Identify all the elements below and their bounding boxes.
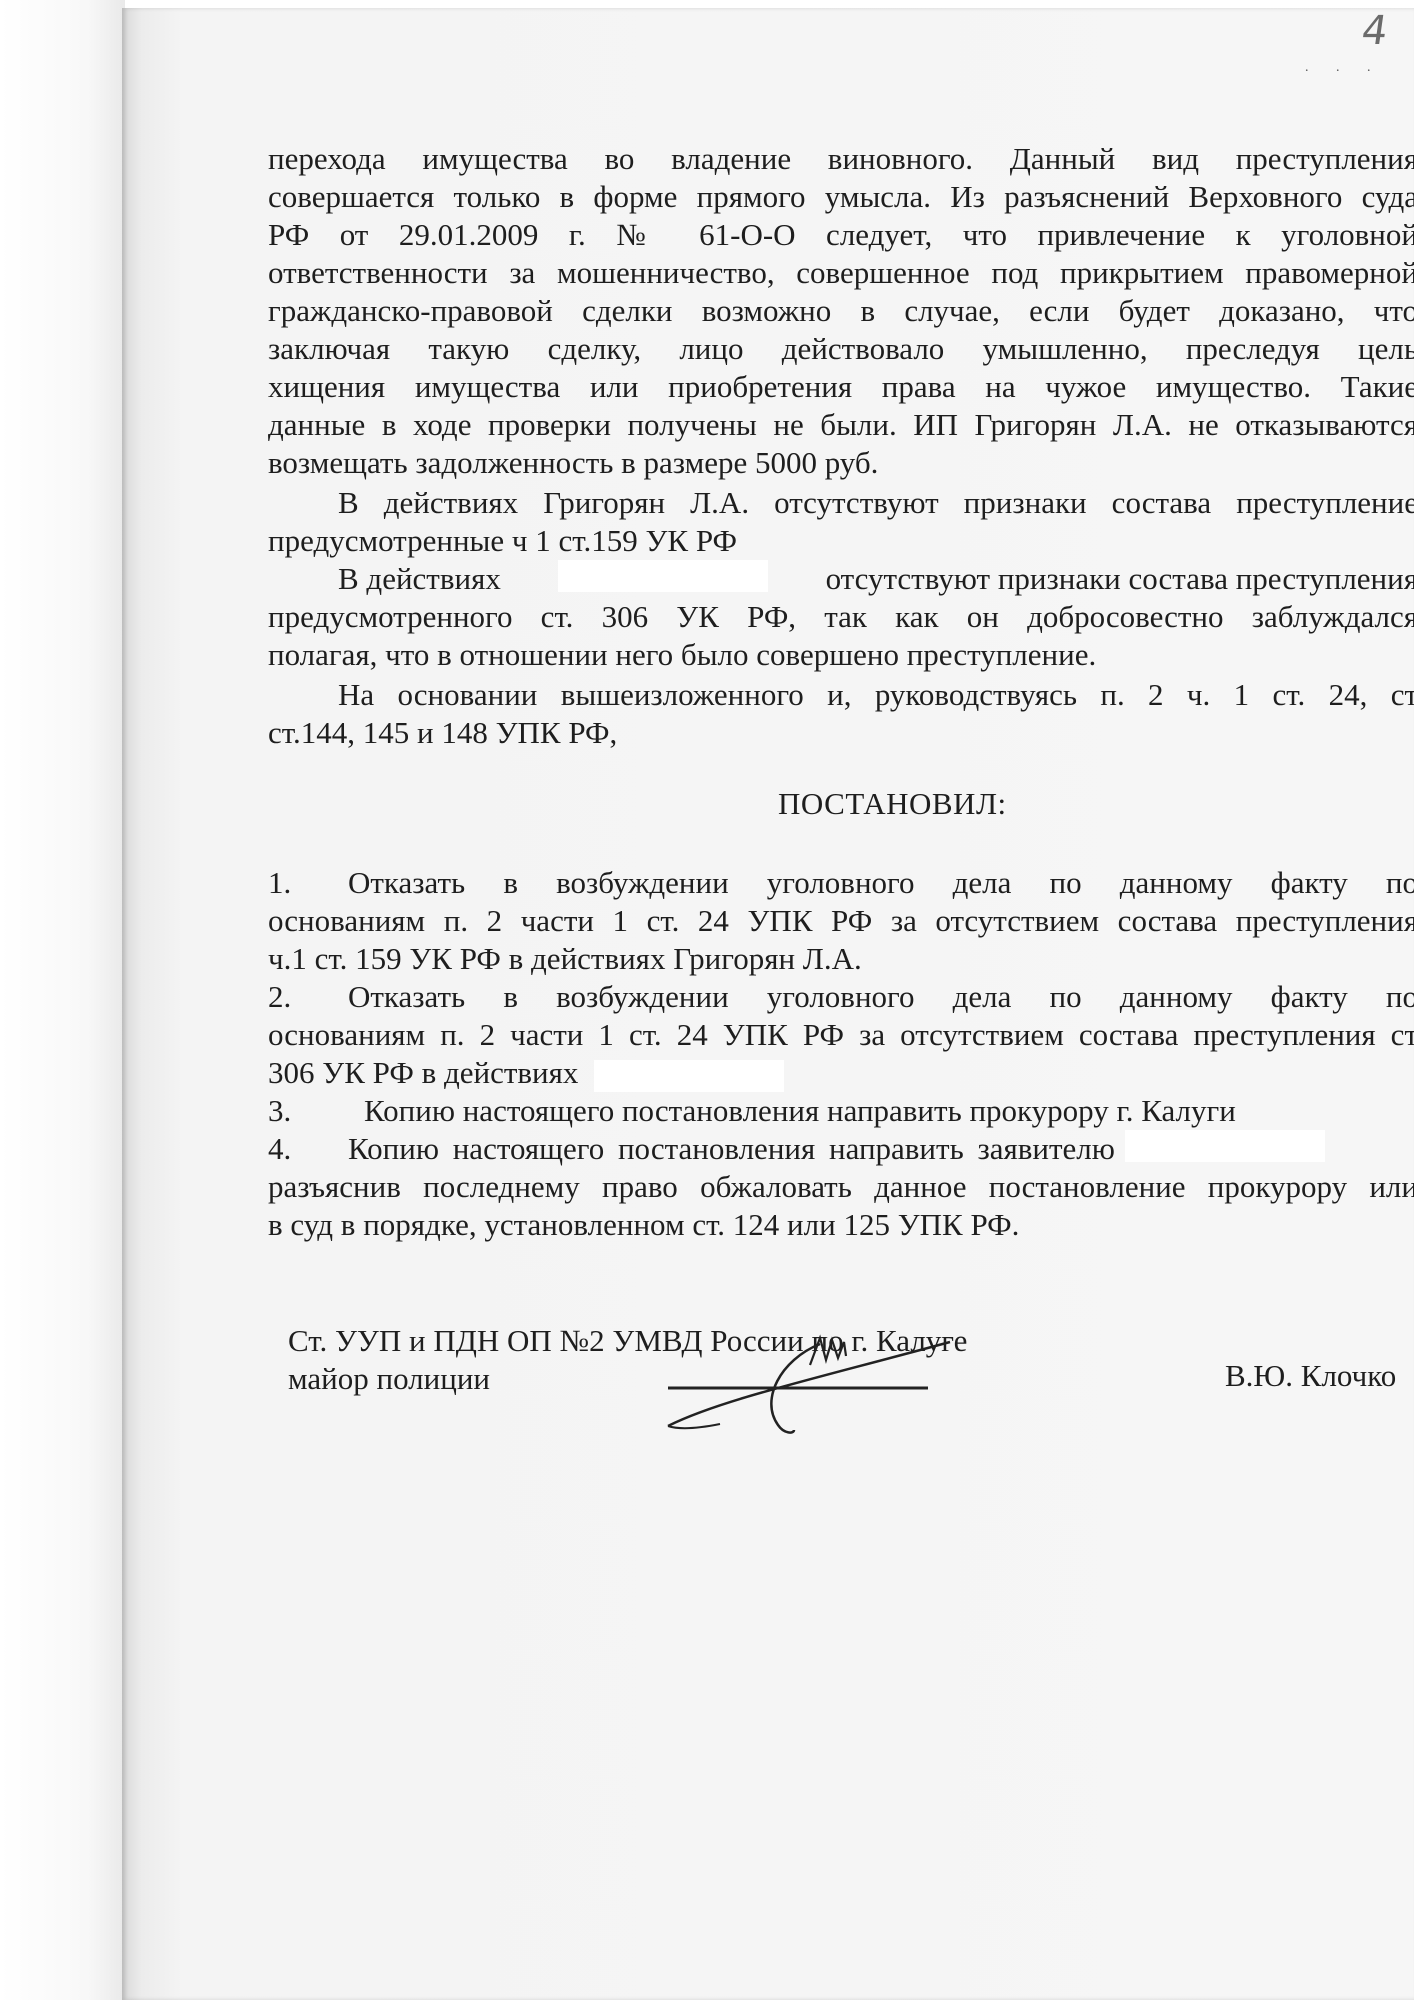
text-line: ч.1 ст. 159 УК РФ в действиях Григорян Л… [268,940,1414,978]
text-line: основаниям п. 2 части 1 ст. 24 УПК РФ за… [268,1016,1414,1054]
text-line: В действиях отсутствуют признаки состава… [268,560,1414,598]
text-line: хищения имущества или приобретения права… [268,368,1414,406]
handwritten-signature-icon [660,1330,960,1440]
resolution-item-1: 1. Отказать в возбуждении уголовного дел… [268,864,1414,978]
scan-left-margin [0,0,125,2000]
text-fragment: Копию настоящего постановления направить… [348,1130,1115,1168]
text-line: совершается только в форме прямого умысл… [268,178,1414,216]
text-line: 2. Отказать в возбуждении уголовного дел… [268,978,1414,1016]
item-number: 1. [268,864,348,902]
paragraph-fraud-explanation: перехода имущества во владение виновного… [268,140,1414,482]
text-fragment: Отказать в возбуждении уголовного дела п… [348,864,1414,902]
text-fragment: Отказать в возбуждении уголовного дела п… [348,978,1414,1016]
text-line: перехода имущества во владение виновного… [268,140,1414,178]
page-marks: . . . [1305,60,1383,76]
text-line: гражданско-правовой сделки возможно в сл… [268,292,1414,330]
resolution-item-3: 3. Копию настоящего постановления направ… [268,1092,1414,1130]
text-line: В действиях Григорян Л.А. отсутствуют пр… [268,484,1414,522]
text-line: основаниям п. 2 части 1 ст. 24 УПК РФ за… [268,902,1414,940]
item-number: 3. [268,1092,364,1130]
text-fragment: 306 УК РФ в действиях [268,1055,578,1090]
paragraph-grigoryan-conclusion: В действиях Григорян Л.А. отсутствуют пр… [268,484,1414,560]
text-fragment: В действиях [338,560,501,598]
resolution-heading: ПОСТАНОВИЛ: [778,786,1007,822]
redacted-name [594,1060,784,1092]
text-line: данные в ходе проверки получены не были.… [268,406,1414,444]
officer-name: В.Ю. Клочко [1225,1358,1396,1394]
text-line: разъяснив последнему право обжаловать да… [268,1168,1414,1206]
redacted-name [1125,1130,1325,1162]
resolution-item-2: 2. Отказать в возбуждении уголовного дел… [268,978,1414,1092]
text-line: полагая, что в отношении него было совер… [268,636,1414,674]
text-line: предусмотренные ч 1 ст.159 УК РФ [268,522,1414,560]
text-line: ответственности за мошенничество, соверш… [268,254,1414,292]
text-line: РФ от 29.01.2009 г. № 61-О-О следует, чт… [268,216,1414,254]
paragraph-legal-basis: На основании вышеизложенного и, руководс… [268,676,1414,752]
text-line: 1. Отказать в возбуждении уголовного дел… [268,864,1414,902]
text-line: ст.144, 145 и 148 УПК РФ, [268,714,1414,752]
item-number: 4. [268,1130,348,1168]
text-line: предусмотренного ст. 306 УК РФ, так как … [268,598,1414,636]
text-line: возмещать задолженность в размере 5000 р… [268,444,1414,482]
redacted-name [558,560,768,592]
text-line: На основании вышеизложенного и, руководс… [268,676,1414,714]
text-line: 3. Копию настоящего постановления направ… [268,1092,1414,1130]
text-fragment: Копию настоящего постановления направить… [364,1092,1236,1130]
text-line: 4. Копию настоящего постановления направ… [268,1130,1414,1168]
paragraph-applicant-conclusion: В действиях отсутствуют признаки состава… [268,560,1414,674]
text-line: в суд в порядке, установленном ст. 124 и… [268,1206,1414,1244]
item-number: 2. [268,978,348,1016]
text-line: заключая такую сделку, лицо действовало … [268,330,1414,368]
text-line: 306 УК РФ в действиях [268,1054,1414,1092]
text-fragment: отсутствуют признаки состава преступлени… [826,560,1414,598]
resolution-item-4: 4. Копию настоящего постановления направ… [268,1130,1414,1244]
